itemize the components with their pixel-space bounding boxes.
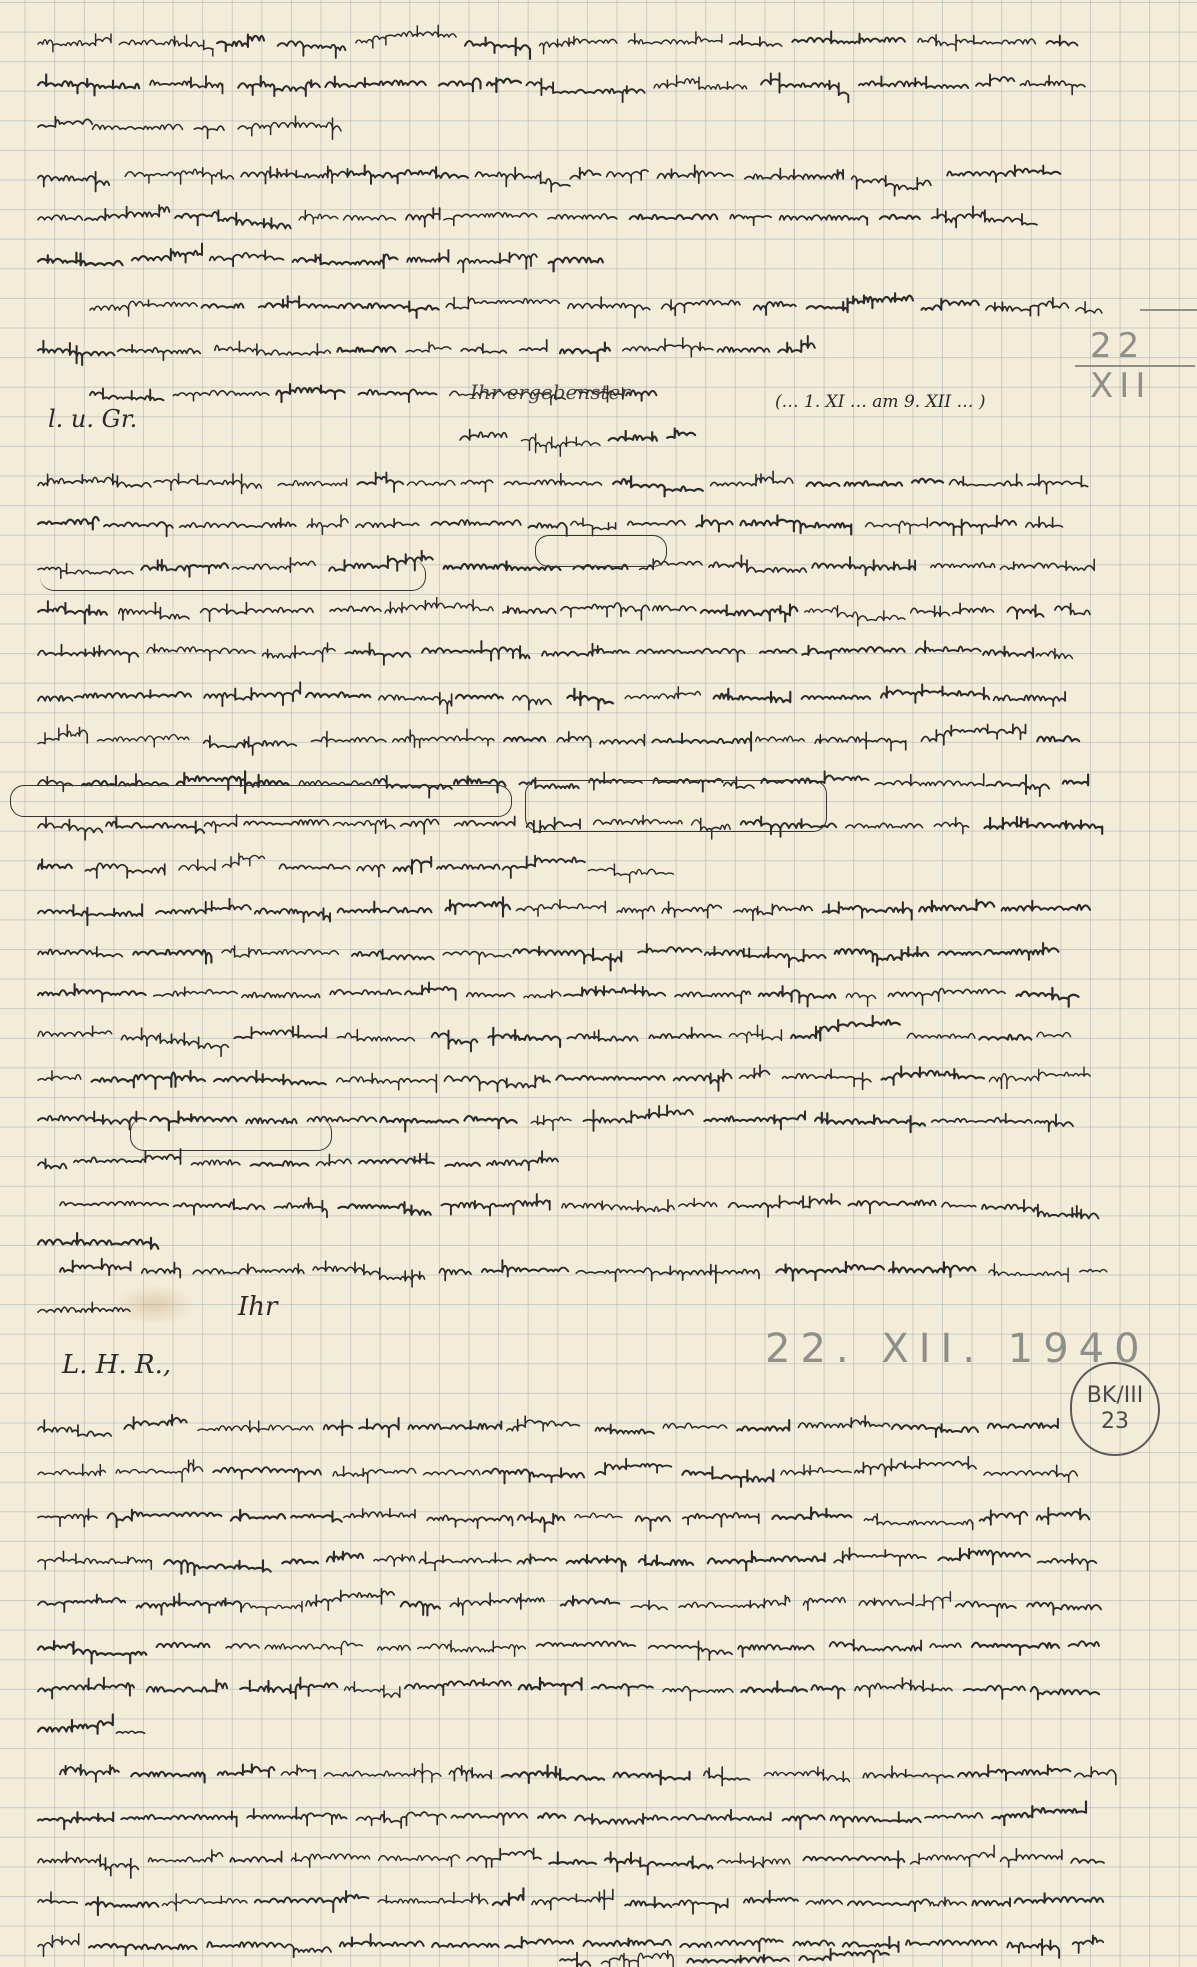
ink-scribble-icon [38, 470, 1088, 492]
handwritten-line [38, 1634, 1098, 1656]
handwritten-line [38, 898, 1088, 920]
handwritten-line [38, 1024, 1098, 1046]
handwritten-line [60, 1258, 1100, 1280]
ink-scribble-icon [38, 1548, 1088, 1570]
handwritten-line [38, 72, 1078, 94]
handwritten-line [38, 470, 1088, 492]
ink-scribble-icon [60, 1258, 1100, 1280]
ink-scribble-icon [38, 30, 1078, 52]
ink-scribble-icon [38, 512, 1088, 534]
ink-scribble-icon [38, 685, 1078, 707]
handwritten-line [38, 598, 1088, 620]
ink-scribble-icon [38, 1230, 158, 1252]
handwritten-line [60, 1762, 1110, 1784]
handwritten-line [38, 512, 1088, 534]
handwritten-line [38, 163, 1078, 185]
handwritten-line [38, 728, 1078, 750]
circled-insertion-1 [40, 560, 426, 591]
ink-scribble-icon [38, 598, 1088, 620]
handwritten-line [38, 940, 1088, 962]
handwritten-line [38, 248, 598, 270]
paper-stain [115, 1285, 195, 1325]
letter1-closing: Ihr ergebenster [470, 380, 630, 404]
ink-scribble-icon [38, 898, 1088, 920]
ink-scribble-icon [38, 1460, 1098, 1482]
ink-scribble-icon [60, 1762, 1110, 1784]
handwritten-line [38, 1890, 1098, 1912]
handwritten-line [38, 685, 1078, 707]
ink-scribble-icon [38, 1890, 1098, 1912]
ink-scribble-icon [38, 1592, 1098, 1614]
ink-scribble-icon [38, 1066, 1088, 1088]
handwritten-line [38, 1150, 558, 1172]
handwritten-line [38, 1592, 1098, 1614]
ink-scribble-icon [38, 728, 1078, 750]
ink-scribble-icon [90, 295, 1100, 317]
ink-scribble-icon [38, 72, 1078, 94]
letter2-salutation: L. H. R., [62, 1350, 171, 1380]
handwritten-line [38, 855, 668, 877]
archive-stamp-number: 23 [1101, 1409, 1129, 1435]
manuscript-page: 22 XII 22. XII. 1940 BK/III 23 l. u. Gr.… [0, 0, 1197, 1967]
ink-scribble-icon [560, 1948, 890, 1967]
circled-insertion-2 [535, 535, 667, 567]
handwritten-line [38, 1460, 1098, 1482]
archive-stamp-code: BK/III [1087, 1383, 1143, 1409]
handwritten-line [90, 295, 1100, 317]
circled-insertion-4 [525, 780, 827, 832]
date-underline [1075, 365, 1195, 367]
ink-scribble-icon [38, 1718, 138, 1740]
handwritten-line [38, 1548, 1088, 1570]
ink-scribble-icon [38, 1634, 1098, 1656]
handwritten-line [38, 1848, 1098, 1870]
circled-insertion-5 [130, 1118, 332, 1151]
ink-scribble-icon [38, 1848, 1098, 1870]
archive-stamp: BK/III 23 [1070, 1362, 1160, 1456]
ink-scribble-icon [38, 338, 818, 360]
handwritten-line [38, 205, 1048, 227]
handwritten-line [460, 425, 690, 447]
ink-scribble-icon [38, 940, 1088, 962]
ink-scribble-icon [38, 982, 1098, 1004]
circled-insertion-3 [10, 785, 512, 817]
ink-scribble-icon [460, 425, 690, 447]
letter1-salutation: l. u. Gr. [48, 405, 137, 433]
date-annotation-full: 22. XII. 1940 [765, 1326, 1150, 1372]
ink-scribble-icon [38, 1150, 558, 1172]
ink-scribble-icon [38, 205, 1048, 227]
handwritten-line [38, 640, 1068, 662]
handwritten-line [38, 1505, 1088, 1527]
ink-scribble-icon [38, 640, 1068, 662]
handwritten-line [38, 1676, 1098, 1698]
ink-scribble-icon [38, 1676, 1098, 1698]
handwritten-line [560, 1948, 890, 1967]
ink-scribble-icon [38, 855, 668, 877]
ink-scribble-icon [38, 115, 338, 137]
ink-scribble-icon [38, 1024, 1098, 1046]
handwritten-line [38, 982, 1098, 1004]
handwritten-line [38, 1805, 1088, 1827]
handwritten-line [60, 1193, 1110, 1215]
date-overline [1140, 309, 1197, 311]
letter1-note: (… 1. XI … am 9. XII … ) [775, 392, 986, 412]
ink-scribble-icon [38, 248, 598, 270]
handwritten-line [38, 30, 1078, 52]
handwritten-line [38, 338, 818, 360]
handwritten-line [38, 1230, 158, 1252]
ink-scribble-icon [38, 163, 1078, 185]
ink-scribble-icon [38, 1505, 1088, 1527]
ink-scribble-icon [60, 1193, 1110, 1215]
ink-scribble-icon [38, 1805, 1088, 1827]
handwritten-line [38, 115, 338, 137]
handwritten-line [38, 1718, 138, 1740]
handwritten-line [38, 1066, 1088, 1088]
handwritten-line [38, 1415, 1078, 1437]
letter2-closing: Ihr [238, 1292, 277, 1322]
ink-scribble-icon [38, 1415, 1078, 1437]
